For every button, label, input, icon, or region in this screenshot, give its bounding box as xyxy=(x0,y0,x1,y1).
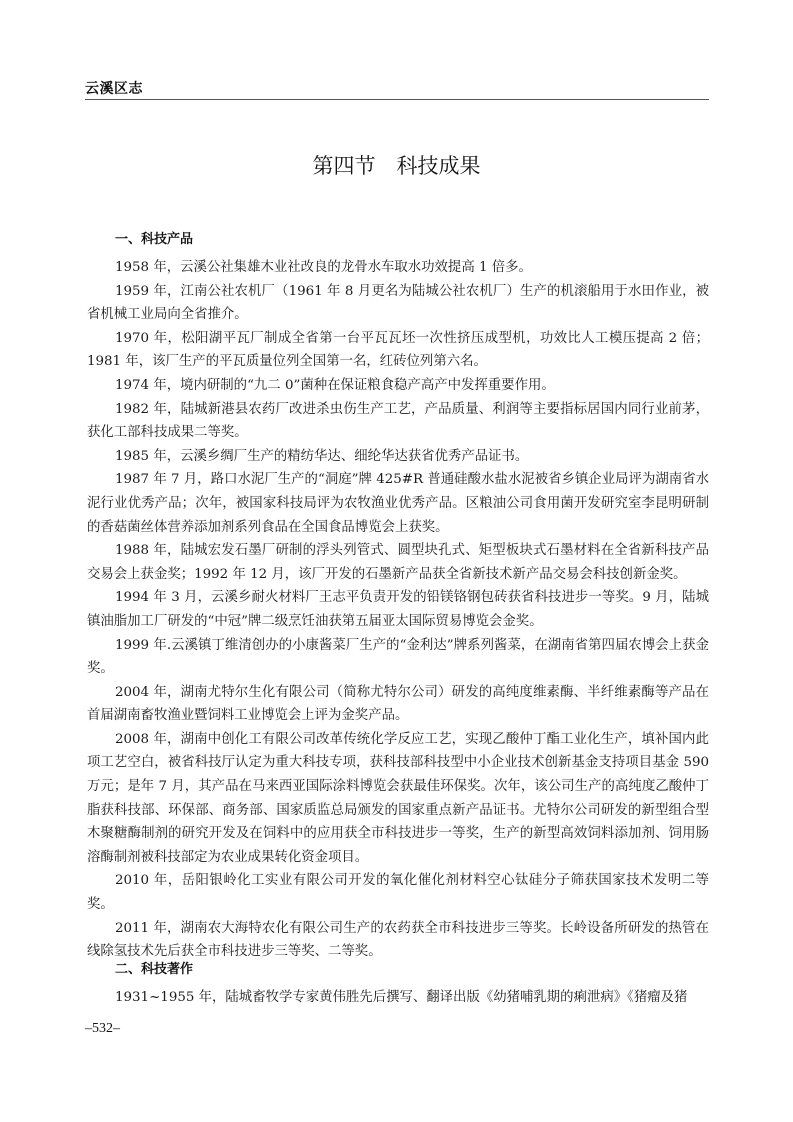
paragraph-1987: 1987 年 7 月，路口水泥厂生产的“洞庭”牌 425#R 普通硅酸水盐水泥被… xyxy=(87,468,709,539)
running-header: 云溪区志 xyxy=(85,78,143,98)
section-title: 第四节 科技成果 xyxy=(0,150,793,180)
subheading-products: 一、科技产品 xyxy=(115,228,193,247)
paragraph-1931: 1931~1955 年，陆城畜牧学专家黄伟胜先后撰写、翻译出版《幼猪哺乳期的痢泄… xyxy=(87,986,709,1010)
paragraph-2008: 2008 年，湖南中创化工有限公司改革传统化学反应工艺，实现乙酸仲丁酯工业化生产… xyxy=(87,728,709,870)
paragraph-1970: 1970 年，松阳湖平瓦厂制成全省第一台平瓦瓦坯一次性挤压成型机，功效比人工模压… xyxy=(87,327,709,374)
paragraph-1974: 1974 年，境内研制的“九二 0”菌种在保证粮食稳产高产中发挥重要作用。 xyxy=(87,374,709,398)
paragraph-1999: 1999 年.云溪镇丁维清创办的小康酱菜厂生产的“金利达”牌系列酱菜，在湖南省第… xyxy=(87,634,709,681)
products-body: 1958 年，云溪公社集雄木业社改良的龙骨水车取水功效提高 1 倍多。 1959… xyxy=(87,256,709,964)
paragraph-1994: 1994 年 3 月，云溪乡耐火材料厂王志平负责开发的铅镁铬钢包砖获省科技进步一… xyxy=(87,586,709,633)
paragraph-2010: 2010 年，岳阳银岭化工实业有限公司开发的氧化催化剂材料空心钛硅分子筛获国家技… xyxy=(87,869,709,916)
paragraph-2004: 2004 年，湖南尤特尔生化有限公司（简称尤特尔公司）研发的高纯度维素酶、半纤维… xyxy=(87,681,709,728)
paragraph-1985: 1985 年，云溪乡绸厂生产的精纺华达、细纶华达获省优秀产品证书。 xyxy=(87,445,709,469)
paragraph-1958: 1958 年，云溪公社集雄木业社改良的龙骨水车取水功效提高 1 倍多。 xyxy=(87,256,709,280)
header-rule xyxy=(85,99,709,100)
subheading-publications: 二、科技著作 xyxy=(115,958,193,977)
paragraph-2011: 2011 年，湖南农大海特农化有限公司生产的农药获全市科技进步三等奖。长岭设备所… xyxy=(87,917,709,964)
publications-body: 1931~1955 年，陆城畜牧学专家黄伟胜先后撰写、翻译出版《幼猪哺乳期的痢泄… xyxy=(87,986,709,1010)
paragraph-1988: 1988 年，陆城宏发石墨厂研制的浮头列管式、圆型块孔式、矩型板块式石墨材料在全… xyxy=(87,539,709,586)
paragraph-1982: 1982 年，陆城新港县农药厂改进杀虫伤生产工艺，产品质量、利润等主要指标居国内… xyxy=(87,398,709,445)
page-number: –532– xyxy=(85,1021,120,1037)
paragraph-1959: 1959 年，江南公社农机厂（1961 年 8 月更名为陆城公社农机厂）生产的机… xyxy=(87,280,709,327)
